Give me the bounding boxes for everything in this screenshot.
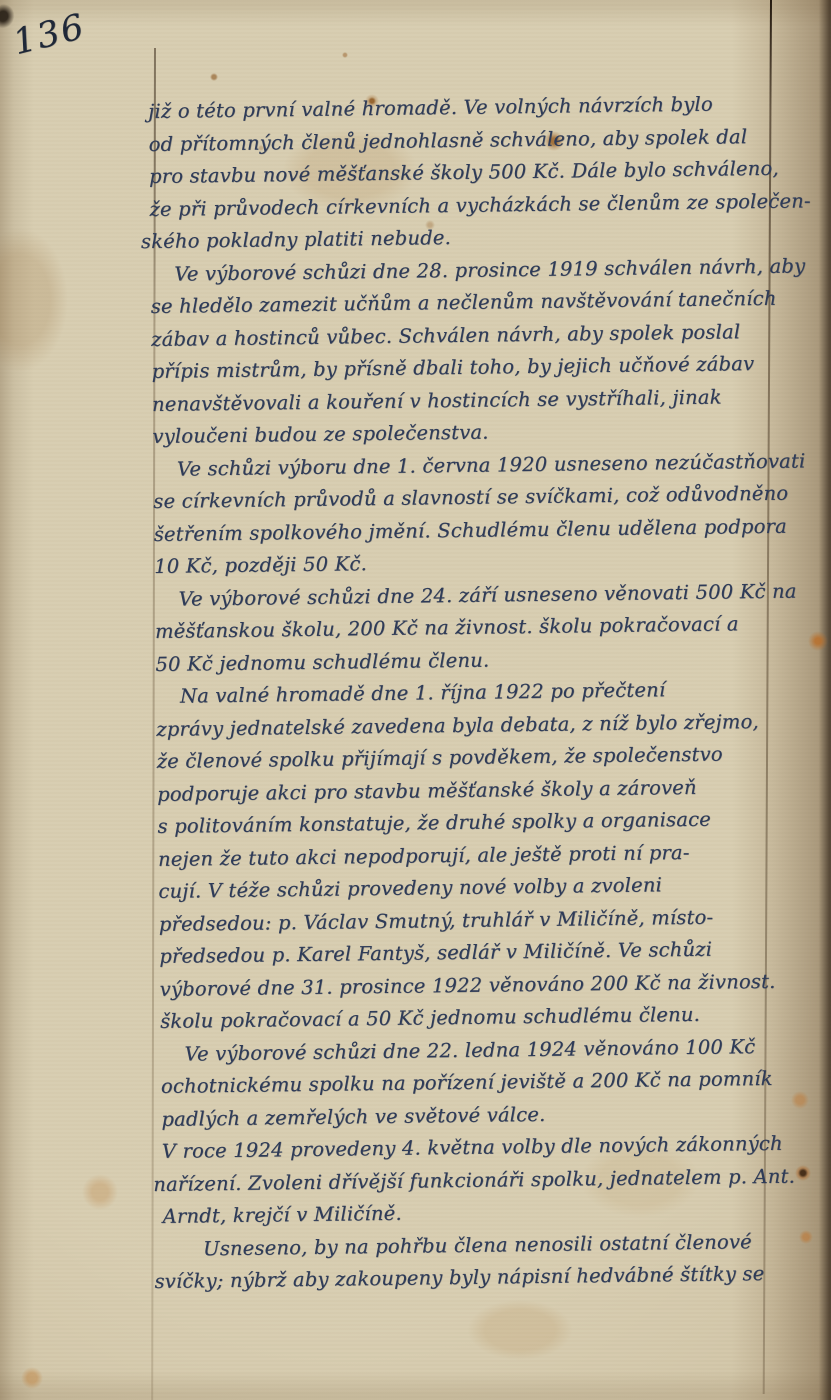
manuscript-text: již o této první valné hromadě. Ve volný…: [148, 87, 826, 1298]
manuscript-page: 136 již o této první valné hromadě. Ve v…: [0, 0, 831, 1400]
page-number: 136: [9, 7, 89, 63]
